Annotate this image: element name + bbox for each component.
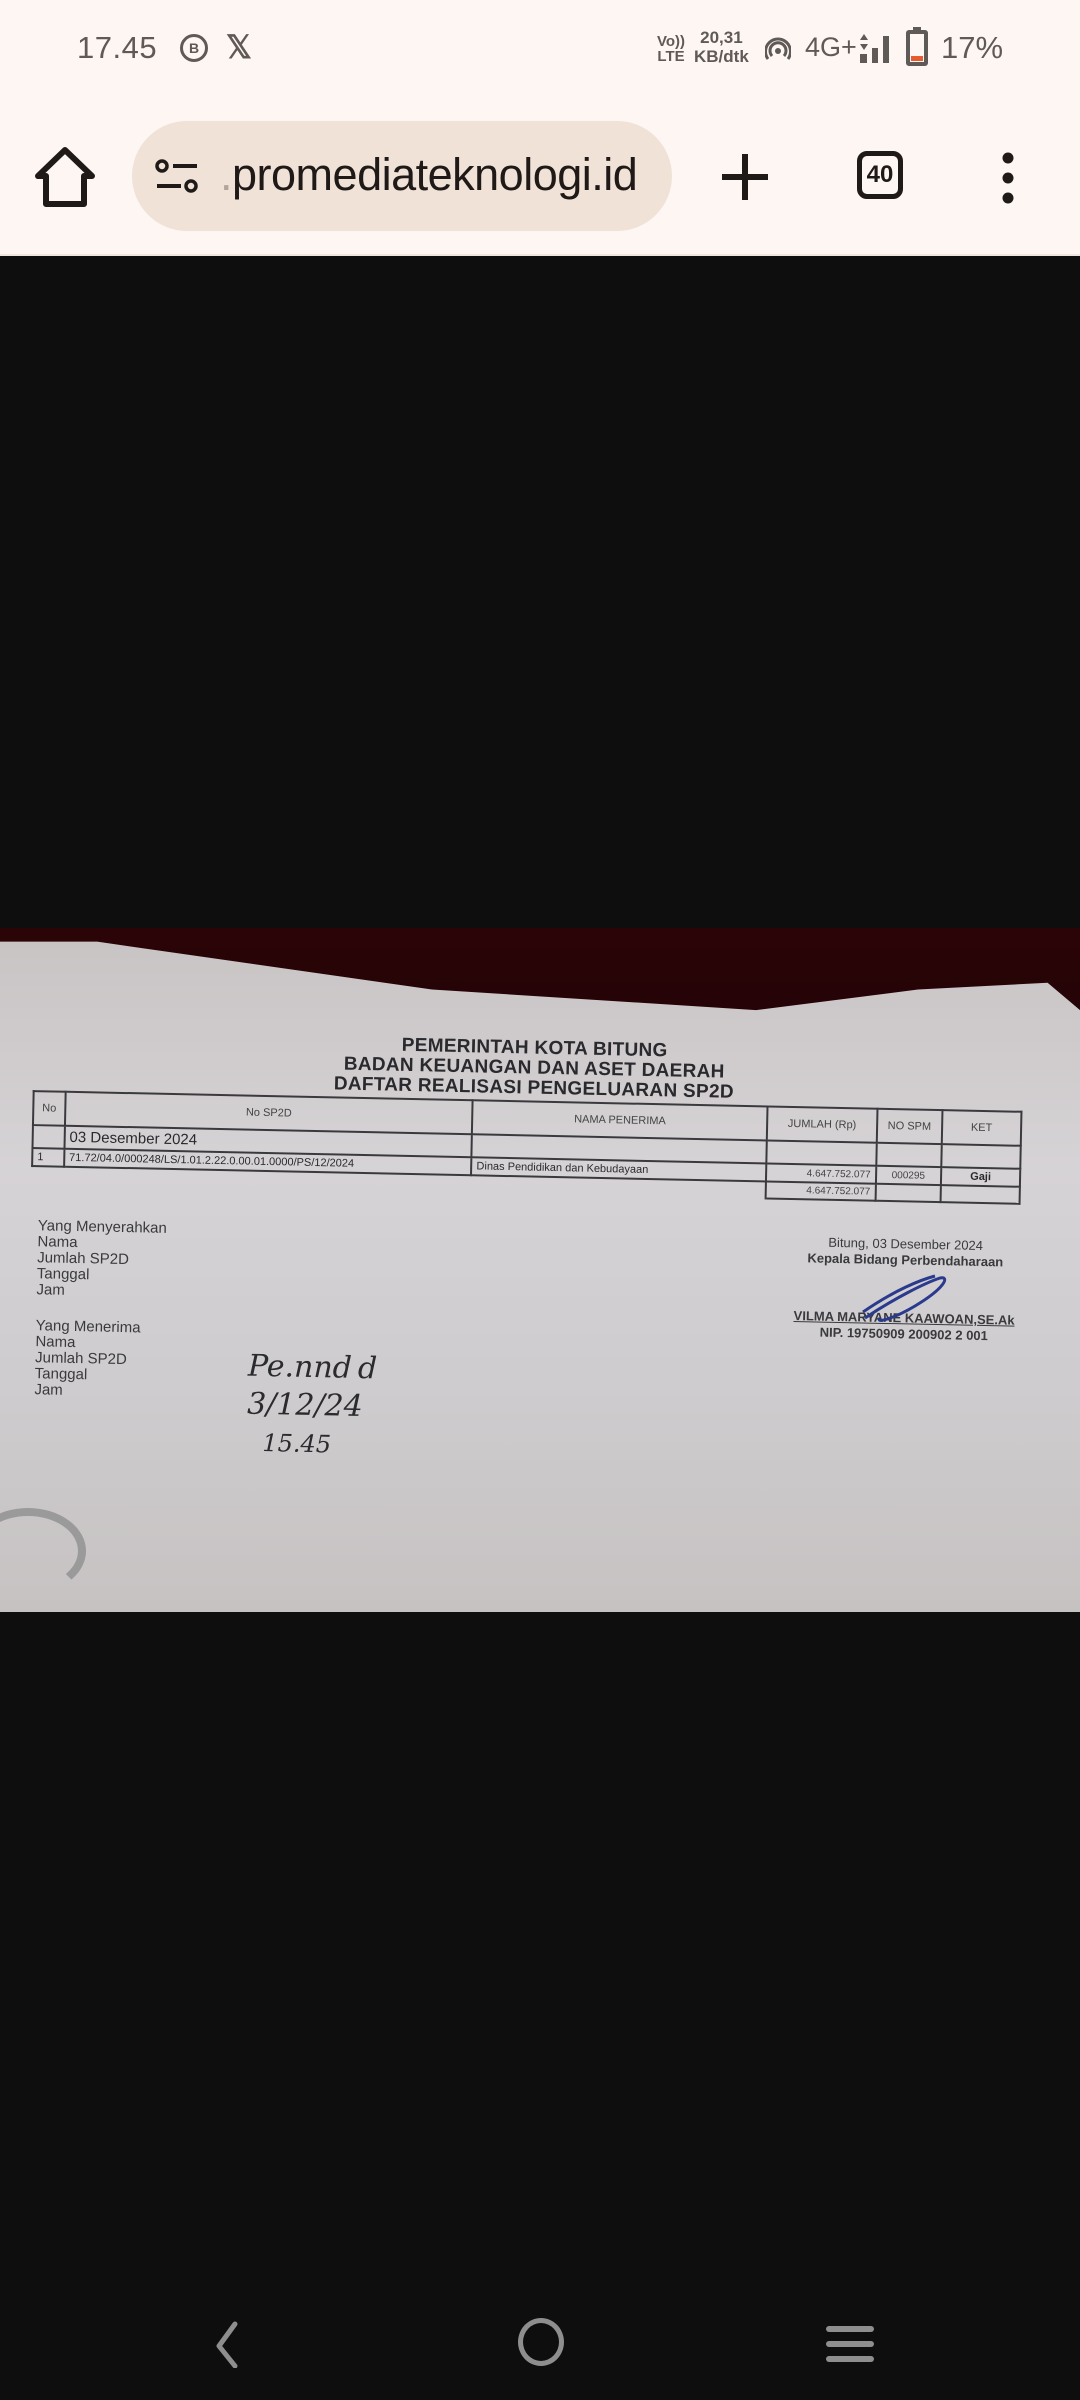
more-options-icon[interactable] [996,150,1020,206]
address-bar[interactable]: .promediateknologi.id [132,121,672,231]
sp2d-table: No No SP2D NAMA PENERIMA JUMLAH (Rp) NO … [31,1090,1023,1205]
signal-icon [858,34,894,64]
new-tab-icon[interactable] [716,148,774,206]
battery-percent: 17% [941,30,1003,66]
recent-apps-icon[interactable] [826,2324,874,2364]
hotspot-icon [765,36,791,62]
volte-icon: Vo)) LTE [657,34,685,64]
tab-switcher-button[interactable]: 40 [857,151,903,199]
network-type: 4G+ [805,32,857,63]
url-text[interactable]: .promediateknologi.id [220,149,637,201]
site-settings-icon[interactable] [154,157,200,197]
back-icon[interactable] [205,2320,245,2368]
network-speed: 20,31 KB/dtk [694,28,749,66]
status-bar: 17.45 B 𝕏 Vo)) LTE 20,31 KB/dtk 4G+ 17% [0,0,1080,100]
handwritten-note: Pe.nnd d 3/12/24 15.45 [246,1348,378,1465]
home-nav-icon[interactable] [518,2318,564,2366]
x-twitter-icon: 𝕏 [226,28,252,66]
browser-toolbar: .promediateknologi.id 40 [0,100,1080,256]
status-time: 17.45 [77,30,157,66]
signature-mark [855,1268,965,1328]
home-icon[interactable] [30,144,100,210]
system-nav-bar [0,2300,1080,2400]
battery-icon [906,30,928,66]
bbm-icon: B [180,34,208,62]
handover-fields: Yang Menyerahkan Nama Jumlah SP2D Tangga… [34,1218,167,1401]
